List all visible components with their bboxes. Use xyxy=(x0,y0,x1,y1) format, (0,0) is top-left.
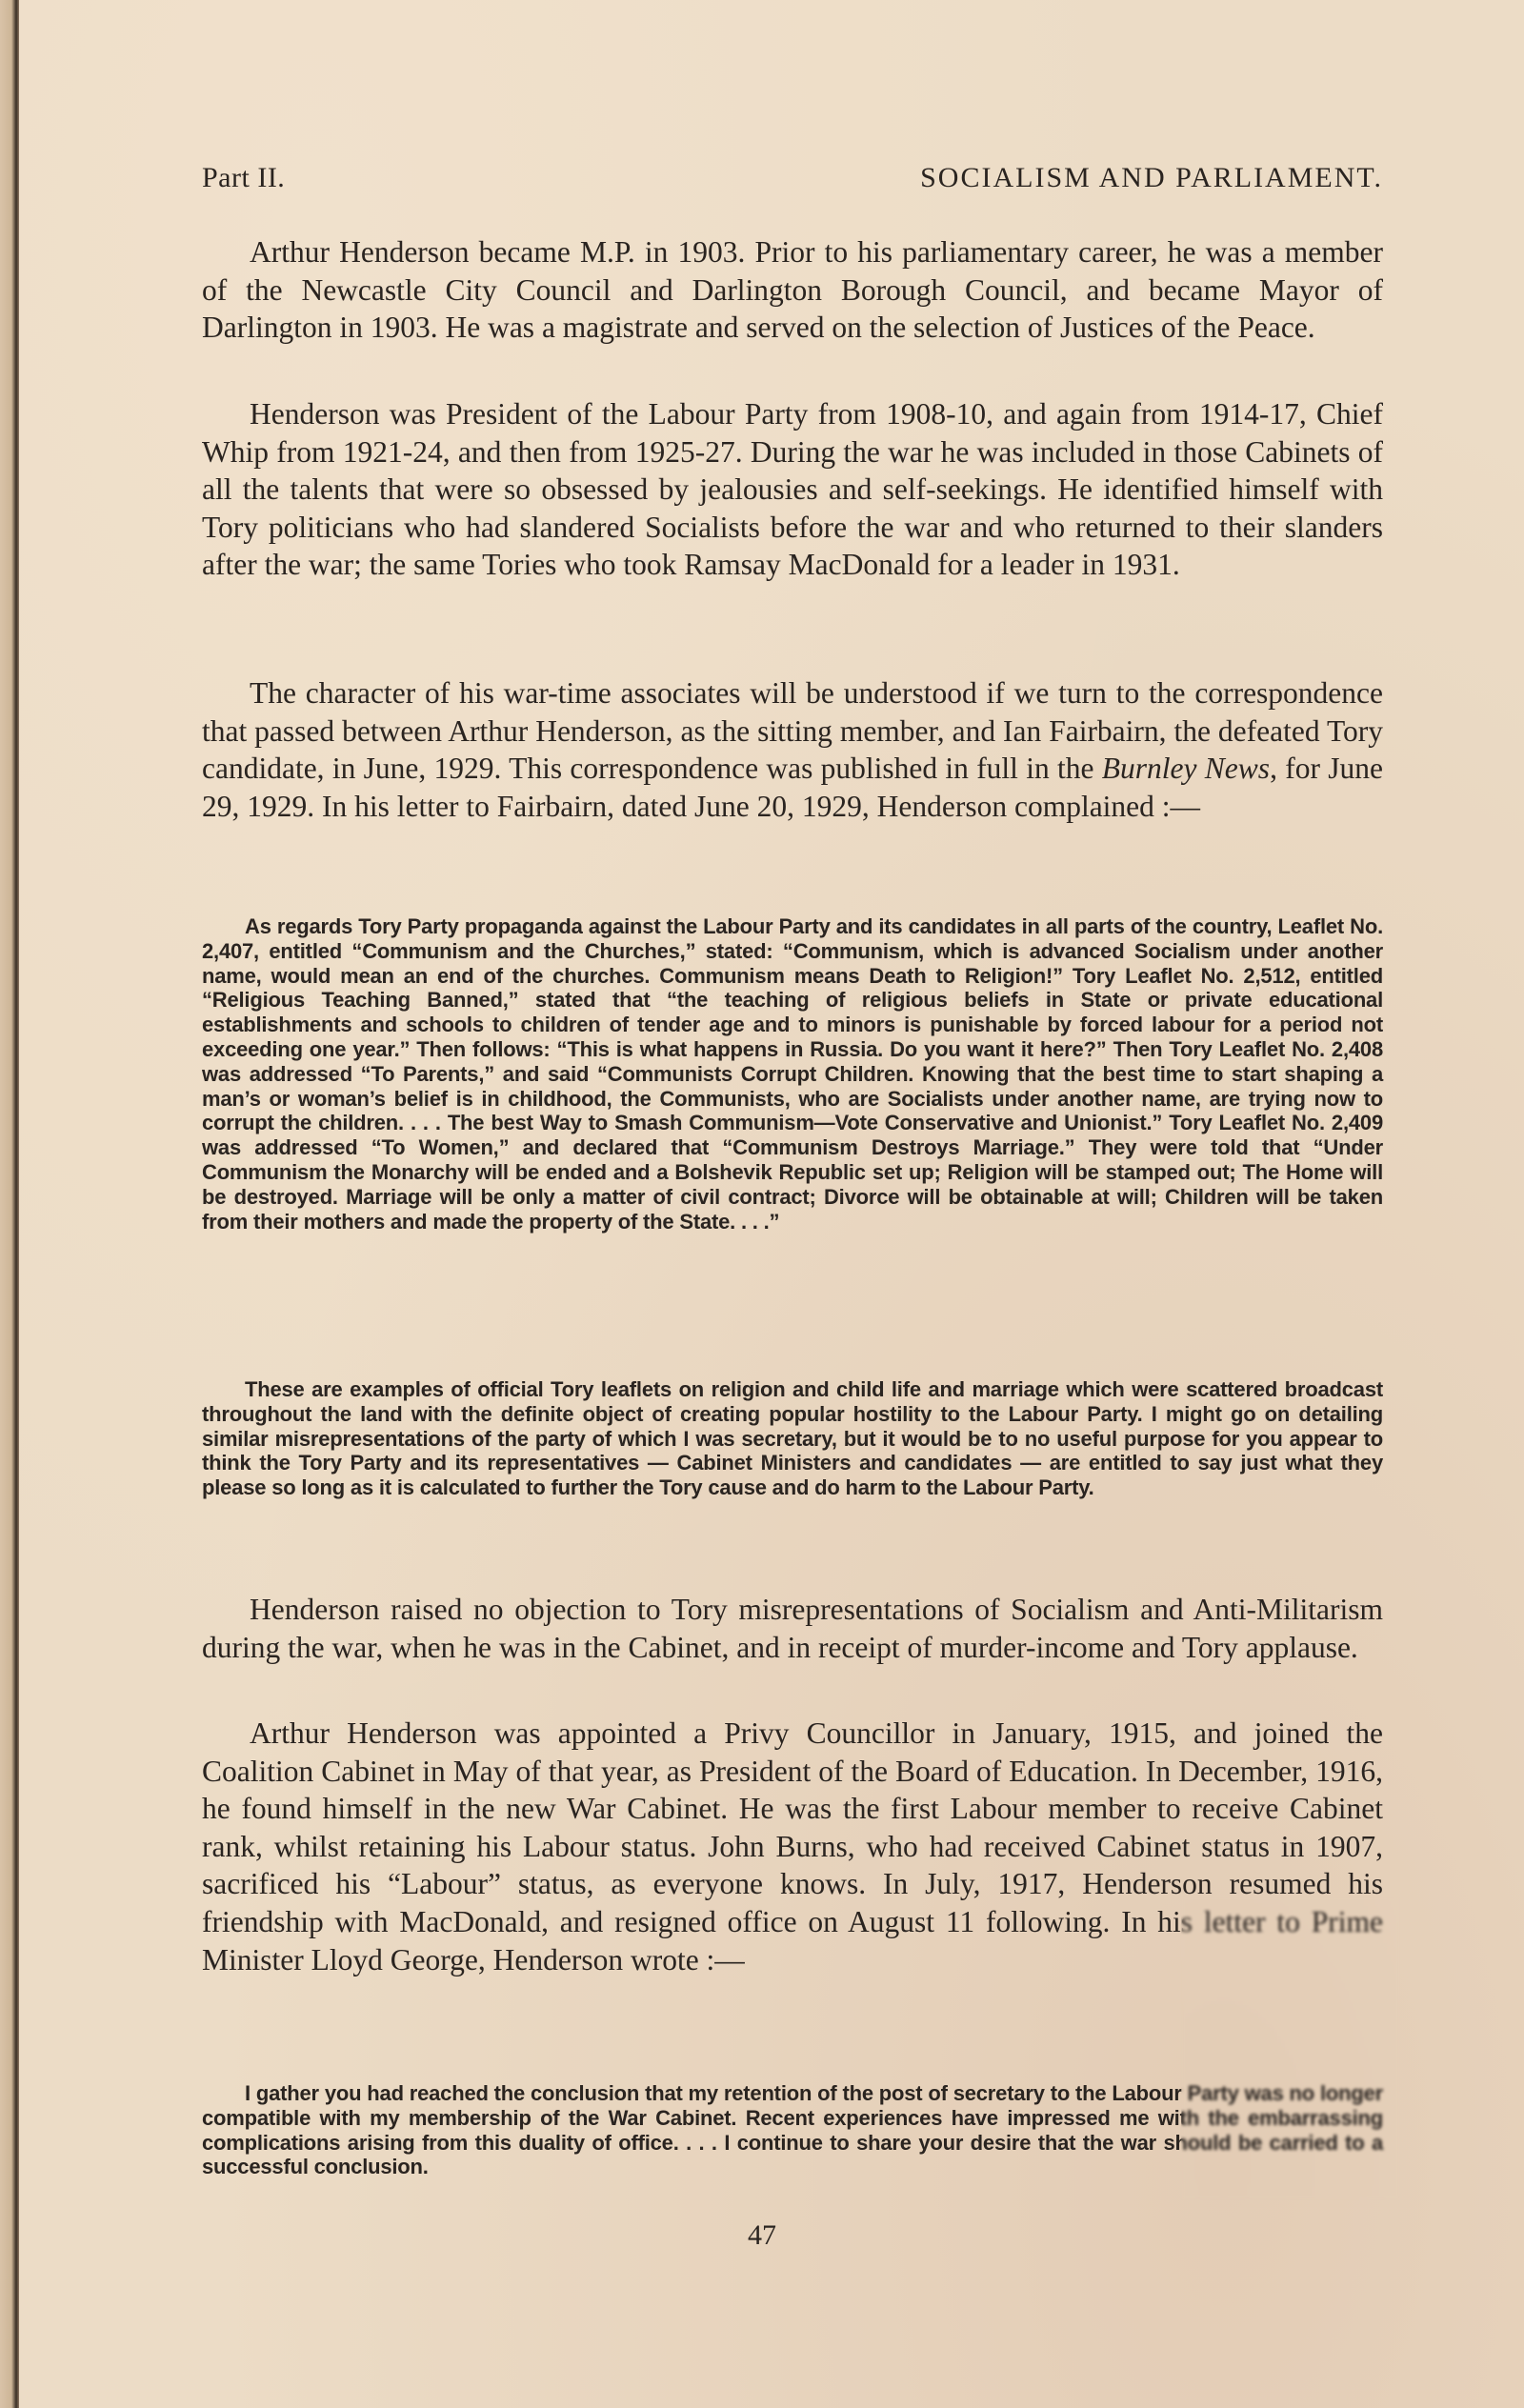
quote-tory-leaflets: As regards Tory Party propaganda against… xyxy=(202,914,1383,1234)
part-label: Part II. xyxy=(202,162,285,194)
paragraph-no-objection: Henderson raised no objection to Tory mi… xyxy=(202,1591,1383,1666)
scan-blur-region xyxy=(1181,1896,1400,2200)
section-title: SOCIALISM AND PARLIAMENT. xyxy=(920,162,1383,194)
paragraph-henderson-mp: Arthur Henderson became M.P. in 1903. Pr… xyxy=(202,233,1383,347)
running-head: Part II. SOCIALISM AND PARLIAMENT. xyxy=(202,162,1383,194)
newspaper-title: Burnley News xyxy=(1102,752,1270,785)
paragraph-correspondence: The character of his war-time associates… xyxy=(202,674,1383,825)
book-spine-edge xyxy=(0,0,19,2408)
page-number: 47 xyxy=(0,2219,1524,2252)
quote-official-leaflets: These are examples of official Tory leaf… xyxy=(202,1377,1383,1500)
paragraph-henderson-president: Henderson was President of the Labour Pa… xyxy=(202,395,1383,584)
